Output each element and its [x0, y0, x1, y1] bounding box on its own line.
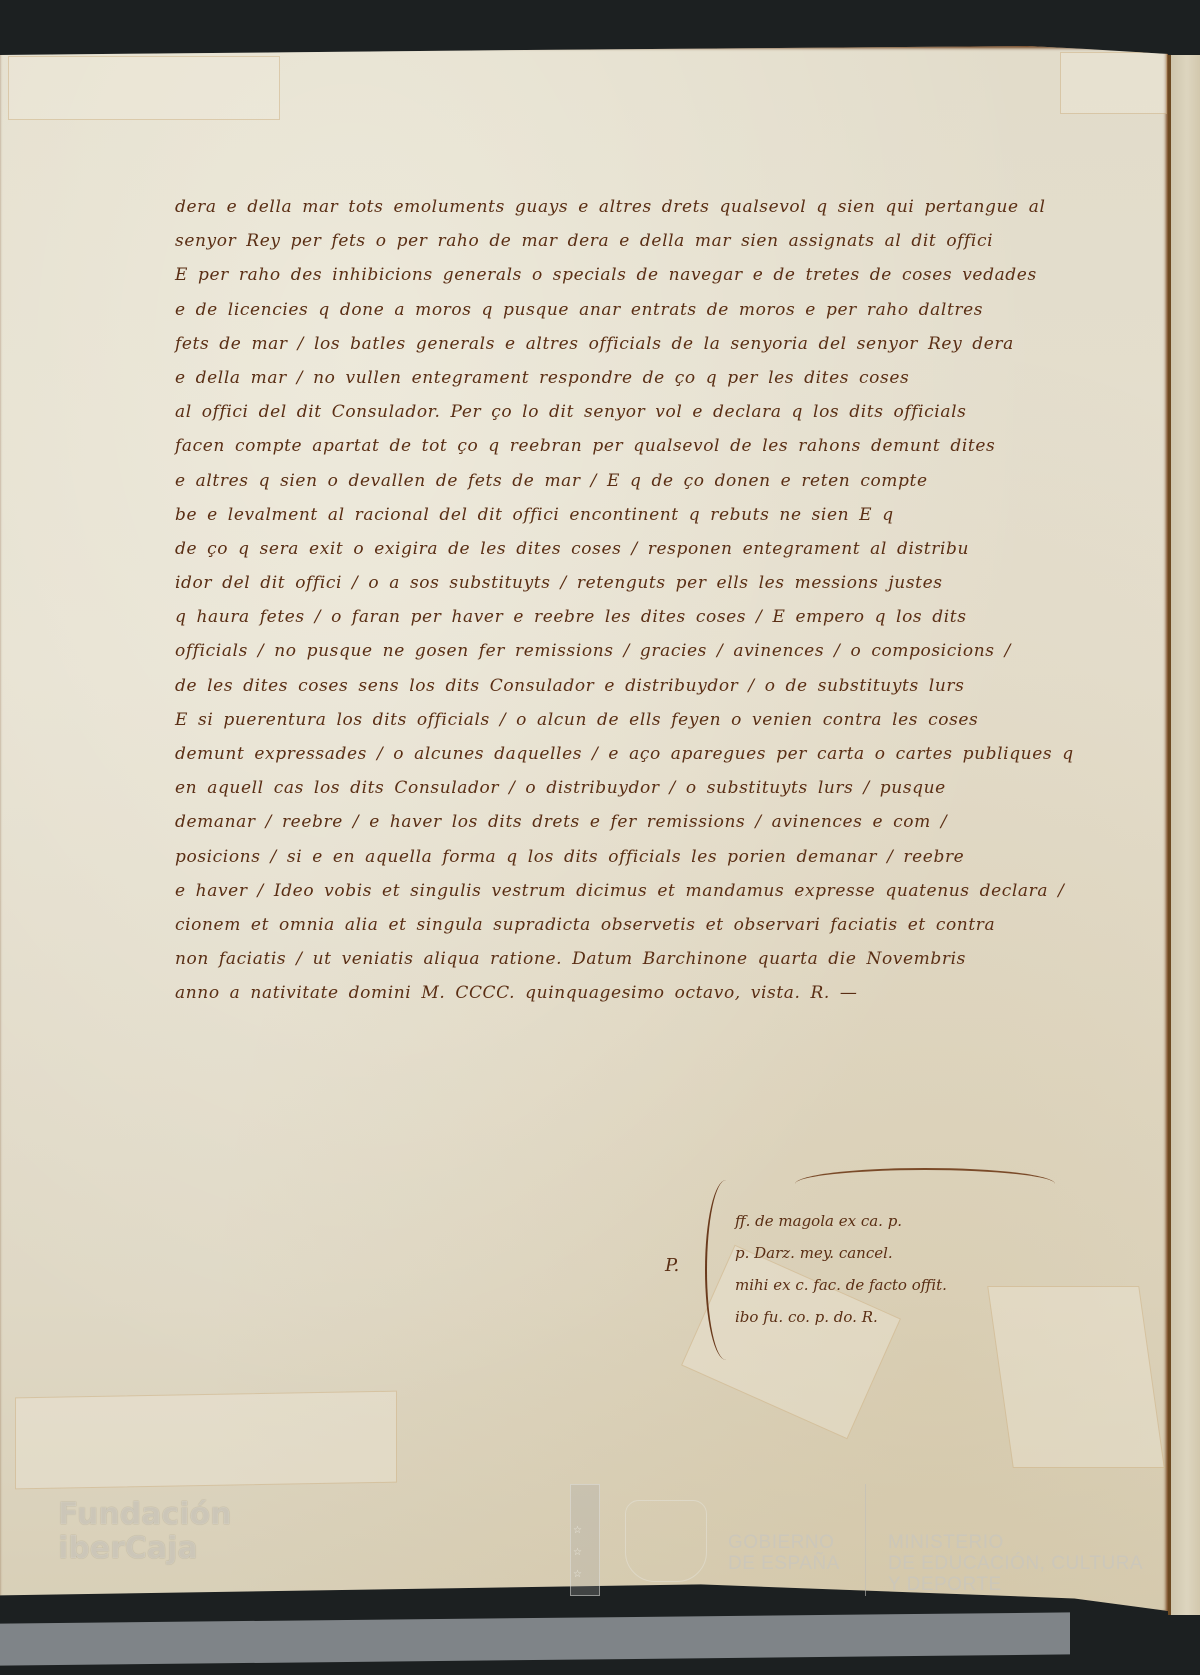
mount-strip — [0, 1612, 1070, 1665]
signature-line: ff. de magola ex ca. p. — [735, 1205, 947, 1237]
text-line: al offici del dit Consulador. Per ço lo … — [175, 395, 1075, 429]
text-line: fets de mar / los batles generals e altr… — [175, 327, 1075, 361]
tape-top-right — [1060, 52, 1167, 114]
watermark-fundacion-line2: iberCaja — [58, 1532, 231, 1566]
watermark-divider — [865, 1484, 866, 1596]
watermark-fundacion-line1: Fundación — [58, 1498, 231, 1532]
tape-top-left — [8, 56, 280, 120]
tape-bottom-left — [15, 1391, 397, 1490]
text-line: non faciatis / ut veniatis aliqua ration… — [175, 942, 1075, 976]
text-line: e altres q sien o devallen de fets de ma… — [175, 464, 1075, 498]
watermark-gobierno: GOBIERNO DE ESPAÑA — [728, 1532, 840, 1574]
signature-line: mihi ex c. fac. de facto offit. — [735, 1269, 947, 1301]
adjacent-leaf-edge — [1168, 55, 1200, 1615]
text-line: E per raho des inhibicions generals o sp… — [175, 258, 1075, 292]
text-line: anno a nativitate domini M. CCCC. quinqu… — [175, 976, 1075, 1010]
text-line: E si puerentura los dits officials / o a… — [175, 703, 1075, 737]
text-line: idor del dit offici / o a sos substituyt… — [175, 566, 1075, 600]
manuscript-text: dera e della mar tots emoluments guays e… — [175, 190, 1075, 1011]
watermark-gobierno-line2: DE ESPAÑA — [728, 1553, 840, 1574]
text-line: demanar / reebre / e haver los dits dret… — [175, 805, 1075, 839]
text-line: en aquell cas los dits Consulador / o di… — [175, 771, 1075, 805]
signature-block: ff. de magola ex ca. p. p. Darz. mey. ca… — [735, 1205, 947, 1333]
text-line: demunt expressades / o alcunes daquelles… — [175, 737, 1075, 771]
signature-mark: P. — [665, 1255, 679, 1276]
signature-line: p. Darz. mey. cancel. — [735, 1237, 947, 1269]
watermark-ministerio-line3: Y DEPORTE — [888, 1574, 1143, 1595]
signature-flourish — [795, 1168, 1055, 1200]
text-line: e haver / Ideo vobis et singulis vestrum… — [175, 874, 1075, 908]
watermark-ministerio-line2: DE EDUCACIÓN, CULTURA — [888, 1553, 1143, 1574]
coat-of-arms-icon — [625, 1500, 707, 1582]
text-line: cionem et omnia alia et singula supradic… — [175, 908, 1075, 942]
watermark-ministerio-line1: MINISTERIO — [888, 1532, 1143, 1553]
text-line: senyor Rey per fets o per raho de mar de… — [175, 224, 1075, 258]
text-line: officials / no pusque ne gosen fer remis… — [175, 634, 1075, 668]
text-line: de les dites coses sens los dits Consula… — [175, 669, 1075, 703]
text-line: e della mar / no vullen entegrament resp… — [175, 361, 1075, 395]
watermark-ministerio: MINISTERIO DE EDUCACIÓN, CULTURA Y DEPOR… — [888, 1532, 1143, 1595]
tape-bottom-right — [987, 1286, 1165, 1468]
text-line: e de licencies q done a moros q pusque a… — [175, 293, 1075, 327]
text-line: posicions / si e en aquella forma q los … — [175, 840, 1075, 874]
text-line: facen compte apartat de tot ço q reebran… — [175, 429, 1075, 463]
text-line: be e levalment al racional del dit offic… — [175, 498, 1075, 532]
watermark-fundacion-ibercaja: Fundación iberCaja — [58, 1498, 231, 1566]
text-line: q haura fetes / o faran per haver e reeb… — [175, 600, 1075, 634]
text-line: de ço q sera exit o exigira de les dites… — [175, 532, 1075, 566]
eu-stars-icon: ☆ ☆ ☆ — [573, 1520, 582, 1586]
watermark-gobierno-line1: GOBIERNO — [728, 1532, 840, 1553]
text-line: dera e della mar tots emoluments guays e… — [175, 190, 1075, 224]
signature-line: ibo fu. co. p. do. R. — [735, 1301, 947, 1333]
